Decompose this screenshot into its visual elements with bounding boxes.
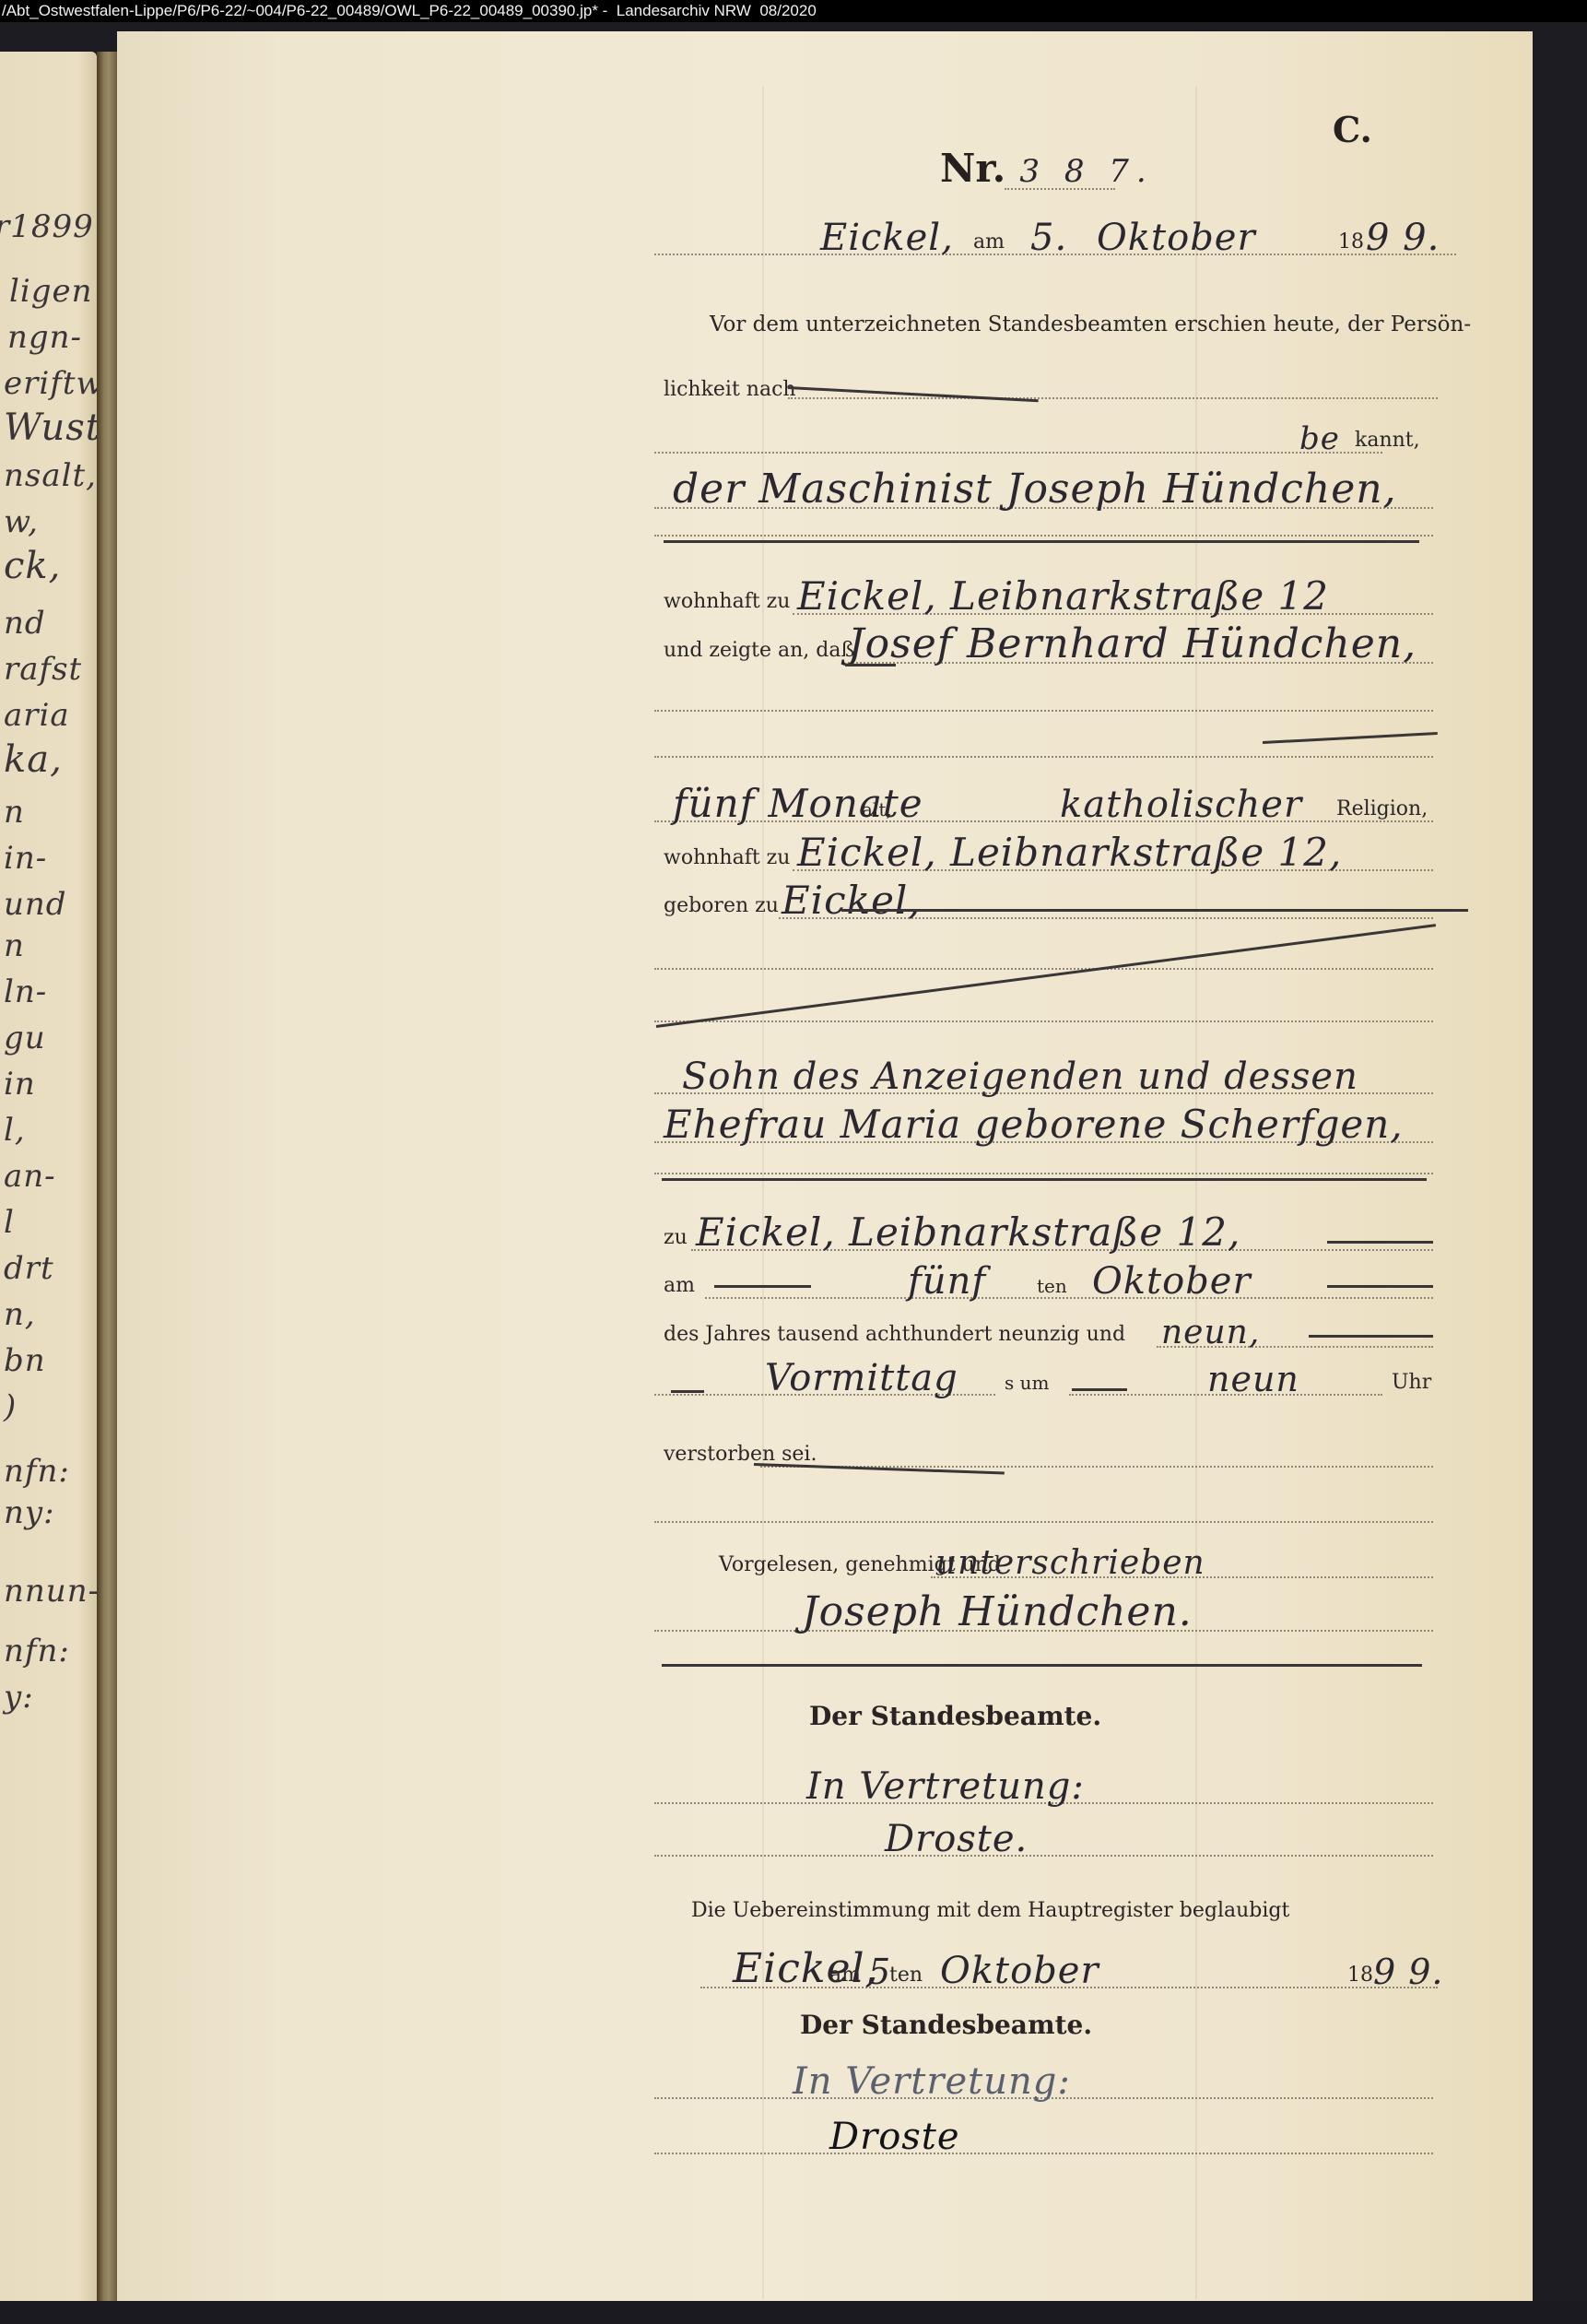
- left-fragment: bn: [4, 1342, 46, 1379]
- left-fragment: nsalt,: [4, 457, 97, 494]
- cert-signature: Droste: [829, 2116, 960, 2158]
- left-fragment: y:: [4, 1679, 34, 1716]
- informant-signature: Joseph Hündchen.: [802, 1588, 1193, 1635]
- left-fragment: ngn-: [7, 319, 82, 356]
- place-date-line: Eickel, am 5. Oktober 18 9 9.: [654, 207, 1438, 263]
- left-fragment: nfn:: [4, 1453, 70, 1490]
- day: 5.: [1030, 217, 1067, 259]
- died-line: verstorben sei.: [654, 1420, 1438, 1475]
- left-fragment: nnun-: [4, 1573, 100, 1610]
- blank-line: [654, 1127, 1438, 1182]
- left-fragment: ): [4, 1388, 17, 1425]
- left-fragment: w,: [4, 503, 39, 540]
- scanner-background: [0, 2301, 1587, 2324]
- cert-official-title: Der Standesbeamte.: [800, 2010, 1092, 2040]
- deceased-name: Josef Bernhard Hündchen,: [848, 620, 1417, 667]
- left-fragment: in: [4, 1066, 36, 1103]
- time-line: Vormittag s um neun Uhr: [654, 1348, 1438, 1403]
- left-fragment: gu: [4, 1020, 46, 1056]
- viewer-title-bar: /Abt_Ostwestfalen-Lippe/P6/P6-22/~004/P6…: [0, 0, 1587, 22]
- left-fragment: l: [4, 1204, 15, 1241]
- intro-line-2: lichkeit nach: [654, 355, 1438, 410]
- year-text-line: des Jahres tausend achthundert neunzig u…: [654, 1300, 1438, 1355]
- left-fragment: n: [4, 927, 25, 964]
- left-fragment: aria: [4, 697, 70, 734]
- religion: katholischer: [1060, 784, 1302, 826]
- age-religion-line: fünf Monate alt, katholischer Religion,: [654, 774, 1438, 830]
- known-line: be kannt,: [654, 406, 1438, 461]
- left-fragment: ck,: [4, 545, 61, 587]
- left-page: r1899. ligen ngn- eriftw Wust, nsalt, w,…: [0, 52, 97, 2301]
- blank-line: [654, 1475, 1438, 1530]
- official-title: Der Standesbeamte.: [809, 1701, 1101, 1731]
- strike-line: [841, 909, 1468, 912]
- blank-line: [654, 922, 1438, 977]
- left-fragment: und: [4, 886, 67, 923]
- intro-line-1: Vor dem unterzeichneten Standesbeamten e…: [654, 290, 1438, 346]
- month: Oktober: [1097, 217, 1256, 259]
- left-fragment: rafst: [4, 651, 82, 688]
- left-fragment: ka,: [4, 738, 63, 781]
- death-place-line: zu Eickel, Leibnarkstraße 12,: [654, 1203, 1438, 1258]
- left-fragment: ln-: [4, 973, 47, 1010]
- cert-place-date-line: Eickel, am 5 ten Oktober 18 9 9.: [654, 1941, 1438, 1996]
- parents-line-1: Sohn des Anzeigenden und dessen: [654, 1046, 1438, 1102]
- left-fragment: drt: [4, 1250, 54, 1287]
- left-fragment: ny:: [4, 1494, 55, 1531]
- official-on-behalf-line: In Vertretung:: [654, 1756, 1438, 1811]
- left-fragment: nfn:: [4, 1633, 70, 1669]
- left-fragment: l,: [4, 1112, 26, 1149]
- record-number: Nr. 3 8 7.: [940, 146, 1154, 192]
- am-label: am: [973, 230, 1005, 254]
- cert-signature-line: Droste: [654, 2106, 1438, 2162]
- certification-text: Die Uebereinstimmung mit dem Hauptregist…: [691, 1899, 1289, 1922]
- official-signature-line: Droste.: [654, 1809, 1438, 1864]
- left-fragment: r1899.: [0, 208, 105, 245]
- read-approved-line: Vorgelesen, genehmigt und unterschrieben: [654, 1530, 1438, 1586]
- section-letter: C.: [1333, 109, 1372, 150]
- left-fragment: eriftw: [4, 365, 104, 402]
- left-fragment: n,: [4, 1296, 36, 1333]
- death-date-line: am fünf ten Oktober: [654, 1251, 1438, 1306]
- year-suffix: 9 9.: [1366, 217, 1440, 259]
- record-number-label: Nr.: [940, 146, 1005, 191]
- residence-line: wohnhaft zu Eickel, Leibnarkstraße 12: [654, 567, 1438, 622]
- place: Eickel,: [820, 217, 954, 259]
- year-prefix: 18: [1338, 230, 1364, 254]
- book-gutter: [97, 52, 117, 2301]
- informant-signature-line: Joseph Hündchen.: [654, 1584, 1438, 1639]
- left-fragment: n: [4, 794, 25, 831]
- record-number-value: 3 8 7.: [1019, 153, 1153, 190]
- blank-line: [654, 710, 1438, 765]
- left-fragment: an-: [4, 1158, 56, 1195]
- deceased-residence-line: wohnhaft zu Eickel, Leibnarkstraße 12,: [654, 823, 1438, 879]
- birthplace-line: geboren zu Eickel,: [654, 871, 1438, 926]
- blank-line: [654, 974, 1438, 1030]
- left-fragment: nd: [4, 605, 46, 642]
- reported-line: und zeigte an, daß Josef Bernhard Hündch…: [654, 616, 1438, 671]
- blank-line: [654, 489, 1438, 544]
- official-signature: Droste.: [885, 1818, 1028, 1860]
- left-fragment: in-: [4, 840, 47, 877]
- cert-on-behalf-line: In Vertretung:: [654, 2051, 1438, 2106]
- left-fragment: ligen: [9, 273, 93, 310]
